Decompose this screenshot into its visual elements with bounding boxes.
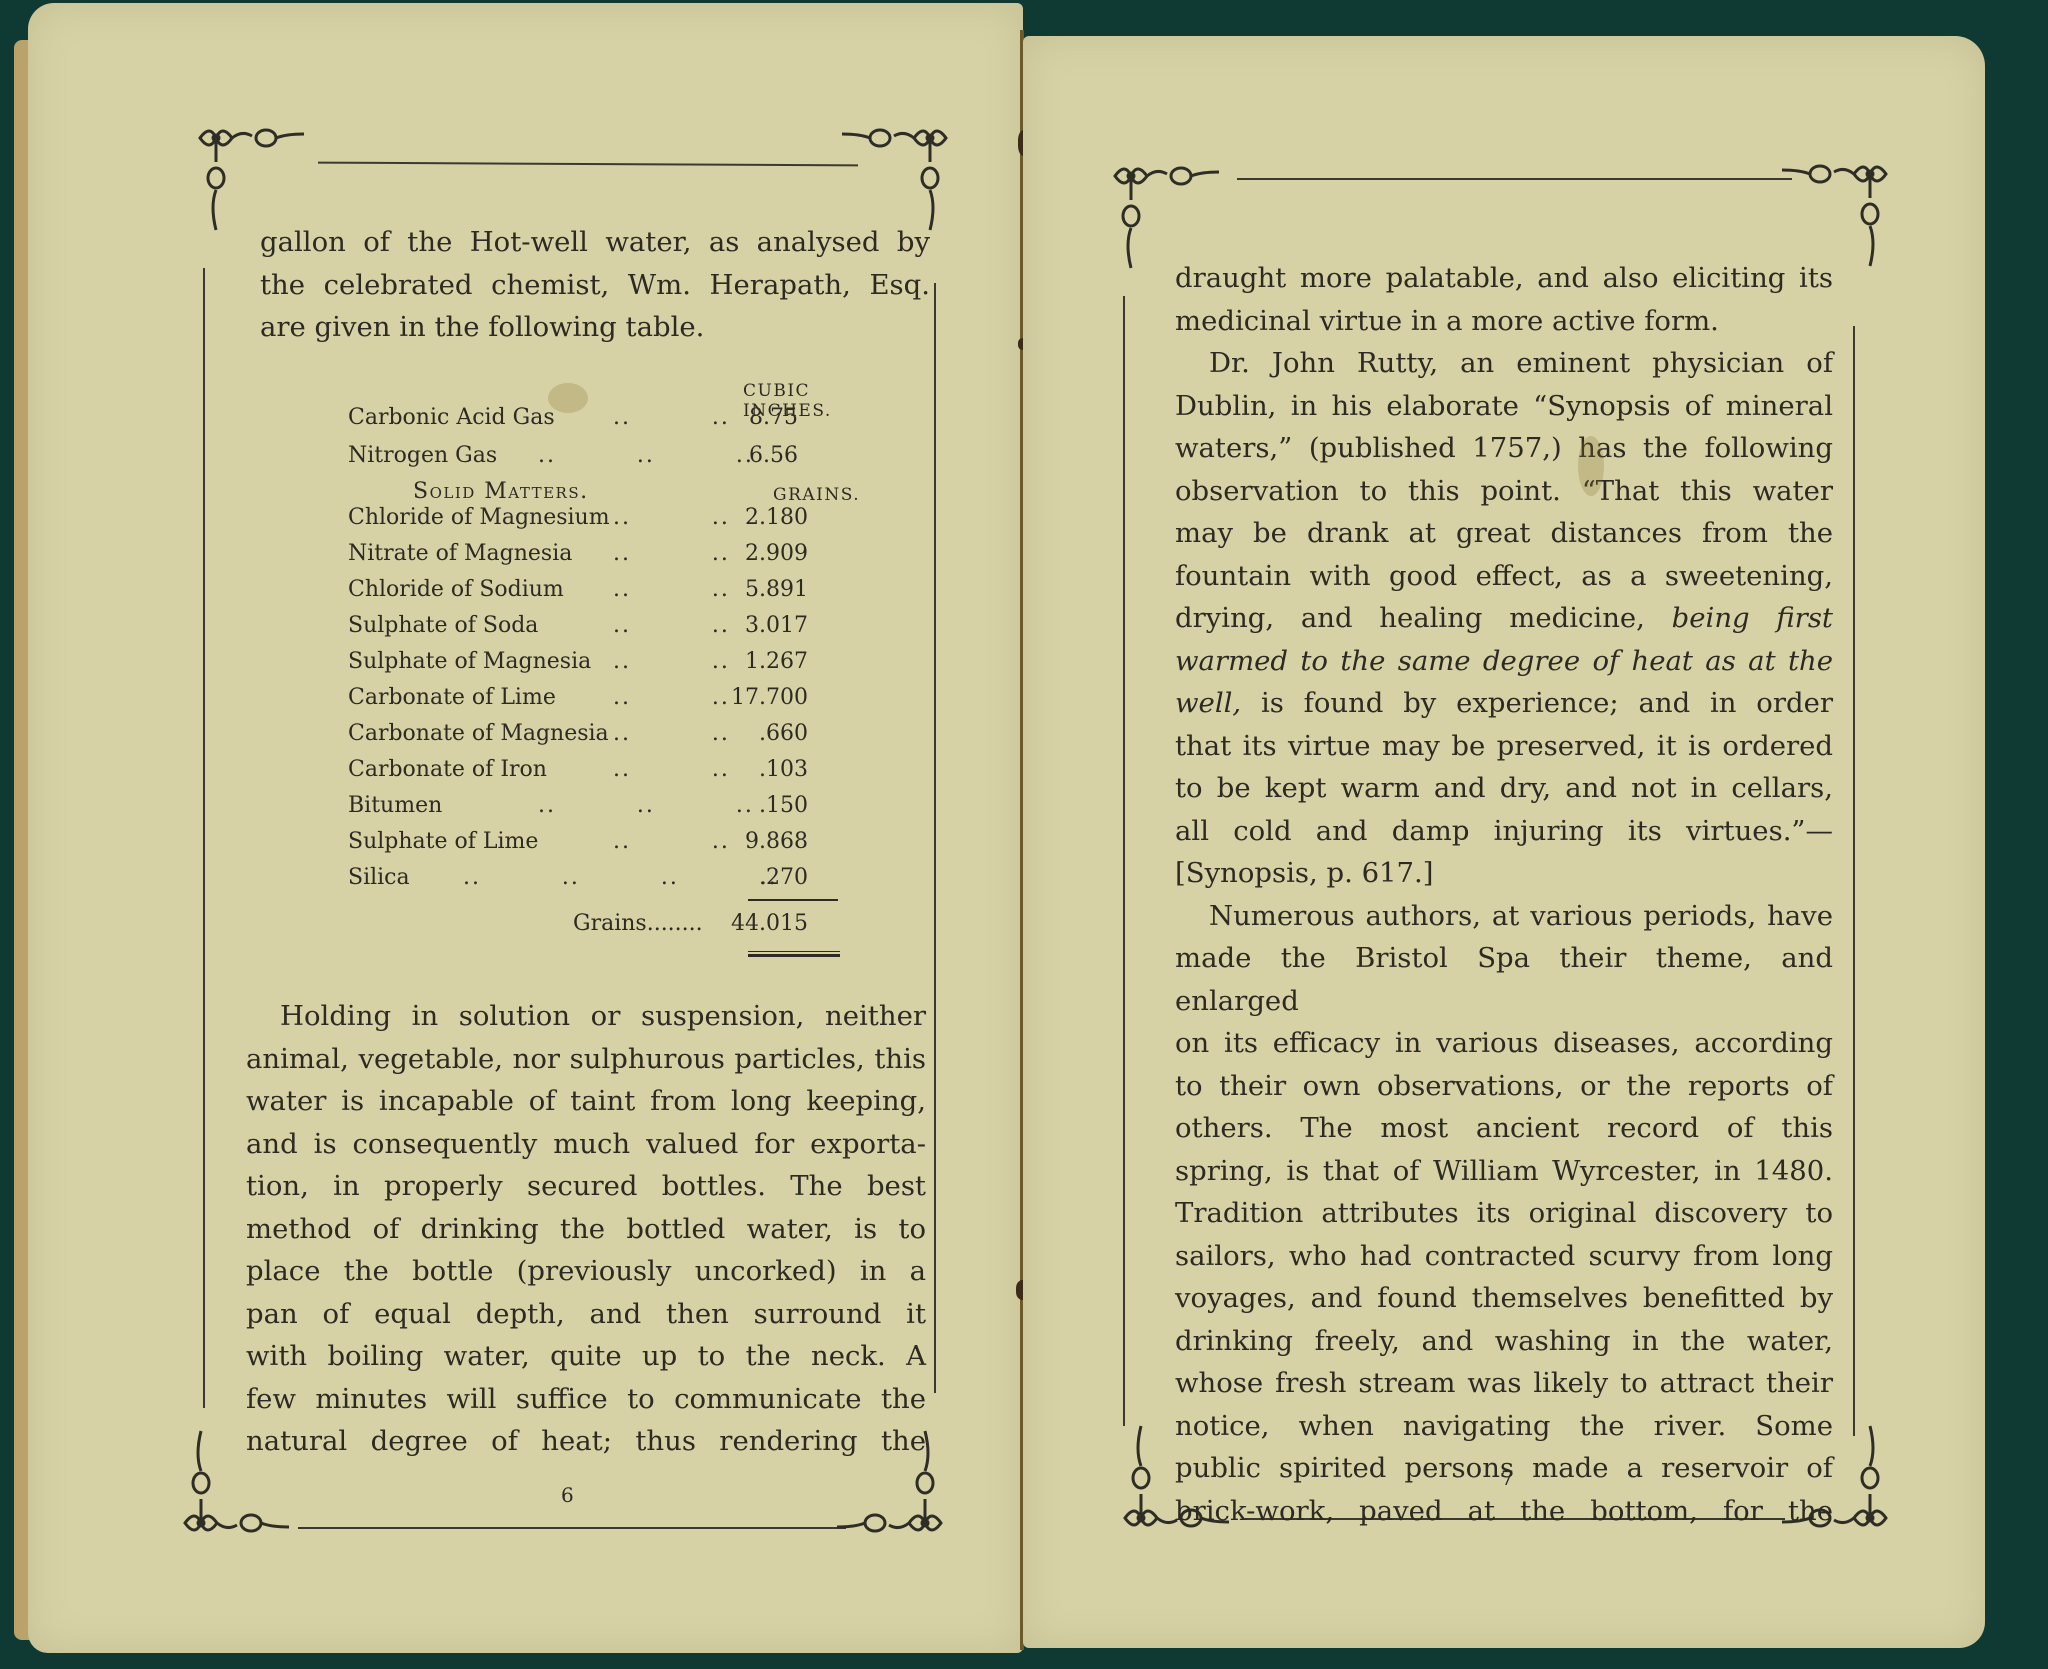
text-line: gallon of the Hot-well water, as analyse…	[260, 221, 930, 264]
text-line: on its efficacy in various diseases, acc…	[1175, 1022, 1833, 1065]
row-value: .270	[698, 865, 808, 890]
text-line: to their own observations, or the report…	[1175, 1065, 1833, 1108]
text-line: water is incapable of taint from long ke…	[246, 1080, 926, 1123]
text-span: drying, and healing medicine,	[1175, 602, 1645, 634]
text-line: with boiling water, quite up to the neck…	[246, 1335, 926, 1378]
row-label: Sulphate of Magnesia	[348, 649, 591, 674]
left-border-rule	[1123, 296, 1125, 1426]
row-value: 6.56	[688, 443, 798, 468]
text-line: waters,” (published 1757,) has the follo…	[1175, 427, 1833, 470]
text-line: few minutes will suffice to communicate …	[246, 1378, 926, 1421]
row-value: .660	[698, 721, 808, 746]
text-line: sailors, who had contracted scurvy from …	[1175, 1235, 1833, 1278]
table-row: Carbonate of Iron .. .. .103	[348, 757, 888, 787]
table-row: Nitrogen Gas .. .. .. 6.56	[348, 443, 888, 473]
text-line: pan of equal depth, and then surround it	[246, 1293, 926, 1336]
table-row: Chloride of Magnesium .. .. 2.180	[348, 505, 888, 535]
left-page: gallon of the Hot-well water, as analyse…	[28, 3, 1023, 1653]
text-line: voyages, and found themselves benefitted…	[1175, 1277, 1833, 1320]
row-value: 17.700	[698, 685, 808, 710]
right-border-rule	[1853, 326, 1855, 1436]
corner-floral-ornament-icon	[838, 118, 958, 238]
table-row: Sulphate of Lime .. .. 9.868	[348, 829, 888, 859]
table-total-row: Grains........ 44.015	[348, 911, 888, 941]
italic-text-line: warmed to the same degree of heat as at …	[1175, 640, 1833, 683]
table-row: Carbonate of Lime .. .. 17.700	[348, 685, 888, 715]
text-span: is found by experience; and in order	[1261, 687, 1833, 719]
sum-rule	[748, 899, 838, 901]
table-row: Bitumen .. .. .. .150	[348, 793, 888, 823]
row-value: .103	[698, 757, 808, 782]
row-label: Carbonate of Lime	[348, 685, 556, 710]
water-analysis-table: CUBIC INCHES. Carbonic Acid Gas .. .. 8.…	[348, 373, 888, 973]
text-line: notice, when navigating the river. Some	[1175, 1405, 1833, 1448]
corner-floral-ornament-icon	[1778, 154, 1898, 274]
text-line: Dublin, in his elaborate “Synopsis of mi…	[1175, 385, 1833, 428]
text-line: and is consequently much valued for expo…	[246, 1123, 926, 1166]
text-line: medicinal virtue in a more active form.	[1175, 300, 1833, 343]
solid-matters-heading: Solid Matters.	[413, 479, 589, 504]
italic-text: well,	[1175, 687, 1241, 719]
right-page: draught more palatable, and also eliciti…	[1023, 36, 1985, 1648]
text-line: drinking freely, and washing in the wate…	[1175, 1320, 1833, 1363]
row-label: Bitumen	[348, 793, 442, 818]
text-line: Dr. John Rutty, an eminent physician of	[1175, 342, 1833, 385]
text-line: draught more palatable, and also eliciti…	[1175, 257, 1833, 300]
text-line: well, is found by experience; and in ord…	[1175, 682, 1833, 725]
row-label: Nitrogen Gas	[348, 443, 497, 468]
text-line: all cold and damp injuring its virtues.”…	[1175, 810, 1833, 853]
row-value: 9.868	[698, 829, 808, 854]
text-line: Numerous authors, at various periods, ha…	[1175, 895, 1833, 938]
row-label: Chloride of Sodium	[348, 577, 564, 602]
text-line: fountain with good effect, as a sweeteni…	[1175, 555, 1833, 598]
text-line: observation to this point. “That this wa…	[1175, 470, 1833, 513]
row-label: Carbonate of Magnesia	[348, 721, 609, 746]
row-label: Nitrate of Magnesia	[348, 541, 572, 566]
text-line: may be drank at great distances from the	[1175, 512, 1833, 555]
row-value: .150	[698, 793, 808, 818]
table-row: Carbonate of Magnesia .. .. .660	[348, 721, 888, 751]
text-line: animal, vegetable, nor sulphurous partic…	[246, 1038, 926, 1081]
row-label: Carbonic Acid Gas	[348, 405, 555, 430]
text-line: Tradition attributes its original discov…	[1175, 1192, 1833, 1235]
table-row: Sulphate of Magnesia .. .. 1.267	[348, 649, 888, 679]
row-value: 5.891	[698, 577, 808, 602]
table-row: Chloride of Sodium .. .. 5.891	[348, 577, 888, 607]
corner-floral-ornament-icon	[188, 118, 308, 238]
text-line: the celebrated chemist, Wm. Herapath, Es…	[260, 264, 930, 307]
text-line: Holding in solution or suspension, neith…	[246, 995, 926, 1038]
page-number: 6	[561, 1483, 574, 1507]
text-line: others. The most ancient record of this	[1175, 1107, 1833, 1150]
total-value: 44.015	[698, 911, 808, 936]
text-line: [Synopsis, p. 617.]	[1175, 852, 1833, 895]
row-value: 8.75	[688, 405, 798, 430]
text-line: spring, is that of William Wyrcester, in…	[1175, 1150, 1833, 1193]
row-label: Sulphate of Soda	[348, 613, 538, 638]
row-label: Chloride of Magnesium	[348, 505, 610, 530]
text-line: made the Bristol Spa their theme, and en…	[1175, 937, 1833, 1022]
right-border-rule	[934, 283, 936, 1393]
italic-text: being first	[1672, 602, 1833, 634]
text-line: brick-work, paved at the bottom, for the	[1175, 1490, 1833, 1533]
row-label: Silica	[348, 865, 410, 890]
text-line: that its virtue may be preserved, it is …	[1175, 725, 1833, 768]
total-label: Grains........	[573, 911, 703, 936]
intro-paragraph: gallon of the Hot-well water, as analyse…	[260, 221, 930, 349]
text-line: whose fresh stream was likely to attract…	[1175, 1362, 1833, 1405]
body-text: draught more palatable, and also eliciti…	[1175, 257, 1833, 1532]
page-number: 7	[1501, 1466, 1514, 1490]
text-line: natural degree of heat; thus rendering t…	[246, 1420, 926, 1463]
row-value: 1.267	[698, 649, 808, 674]
table-row: Sulphate of Soda .. .. 3.017	[348, 613, 888, 643]
column-header-grains: GRAINS.	[773, 485, 860, 505]
row-label: Sulphate of Lime	[348, 829, 538, 854]
top-border-rule	[1237, 178, 1792, 180]
text-line: method of drinking the bottled water, is…	[246, 1208, 926, 1251]
row-value: 2.180	[698, 505, 808, 530]
body-paragraph: Holding in solution or suspension, neith…	[246, 995, 926, 1463]
text-line: are given in the following table.	[260, 306, 930, 349]
text-line: to be kept warm and dry, and not in cell…	[1175, 767, 1833, 810]
paper-stain	[548, 383, 588, 413]
bottom-border-rule	[298, 1527, 846, 1529]
table-row: Carbonic Acid Gas .. .. 8.75	[348, 405, 888, 435]
table-row: Nitrate of Magnesia .. .. 2.909	[348, 541, 888, 571]
row-label: Carbonate of Iron	[348, 757, 547, 782]
total-double-rule	[748, 951, 840, 957]
table-row: Silica .. .. .. .. .270	[348, 865, 888, 895]
text-line: tion, in properly secured bottles. The b…	[246, 1165, 926, 1208]
row-value: 2.909	[698, 541, 808, 566]
text-line: drying, and healing medicine, being firs…	[1175, 597, 1833, 640]
left-border-rule	[203, 268, 205, 1408]
paper-stain	[1578, 436, 1604, 496]
top-border-rule	[318, 162, 858, 167]
row-value: 3.017	[698, 613, 808, 638]
text-line: place the bottle (previously uncorked) i…	[246, 1250, 926, 1293]
